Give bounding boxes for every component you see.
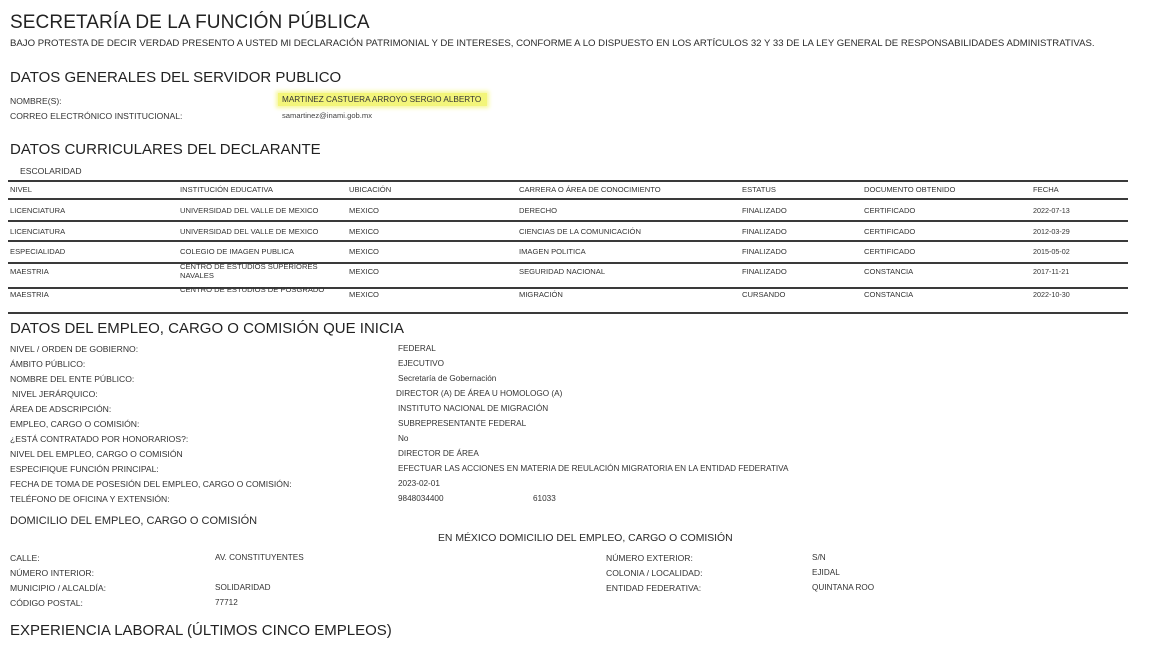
section-heading-datos-generales: DATOS GENERALES DEL SERVIDOR PUBLICO [10,69,341,86]
subheading-escolaridad: ESCOLARIDAD [20,166,82,176]
section-heading-empleo: DATOS DEL EMPLEO, CARGO O COMISIÓN QUE I… [10,320,404,337]
declaration-intro: BAJO PROTESTA DE DECIR VERDAD PRESENTO A… [10,38,1130,50]
domicilio-field-label: NÚMERO INTERIOR: [10,568,94,578]
empleo-field-label: NIVEL / ORDEN DE GOBIERNO: [10,344,138,354]
table-cell: LICENCIATURA [10,206,65,215]
table-cell: 2015-05-02 [1033,247,1070,256]
table-cell: MEXICO [349,247,379,256]
table-cell: CERTIFICADO [864,227,915,236]
column-header: UBICACIÓN [349,185,391,194]
table-cell: FINALIZADO [742,267,787,276]
table-rule [8,312,1128,314]
document-title: SECRETARÍA DE LA FUNCIÓN PÚBLICA [10,12,370,34]
empleo-field-label: EMPLEO, CARGO O COMISIÓN: [10,419,139,429]
table-cell: CURSANDO [742,290,785,299]
empleo-field-label: FECHA DE TOMA DE POSESIÓN DEL EMPLEO, CA… [10,479,292,489]
empleo-field-value: EJECUTIVO [398,359,444,368]
empleo-field-value: Secretaría de Gobernación [398,374,496,383]
table-cell: CONSTANCIA [864,267,913,276]
table-cell: CERTIFICADO [864,247,915,256]
field-value-correo: samartinez@inami.gob.mx [282,111,372,120]
table-cell: SEGURIDAD NACIONAL [519,267,605,276]
table-cell: 2022-10-30 [1033,290,1070,299]
domicilio-field-value: EJIDAL [812,568,840,577]
domicilio-field-value: QUINTANA ROO [812,583,874,592]
field-label-nombre: NOMBRE(S): [10,96,62,106]
column-header: ESTATUS [742,185,776,194]
empleo-field-value: DIRECTOR (A) DE ÁREA U HOMOLOGO (A) [396,389,562,398]
field-value-nombre-highlighted: MARTINEZ CASTUERA ARROYO SERGIO ALBERTO [278,93,487,106]
domicilio-field-value: S/N [812,553,826,562]
column-header: FECHA [1033,185,1059,194]
section-heading-curriculares: DATOS CURRICULARES DEL DECLARANTE [10,141,321,158]
table-cell: MEXICO [349,290,379,299]
table-cell: MEXICO [349,267,379,276]
empleo-field-value: DIRECTOR DE ÁREA [398,449,479,458]
table-cell: MEXICO [349,206,379,215]
table-cell: FINALIZADO [742,206,787,215]
field-label-correo: CORREO ELECTRÓNICO INSTITUCIONAL: [10,111,182,121]
empleo-field-value: EFECTUAR LAS ACCIONES EN MATERIA DE REUL… [398,464,789,473]
table-cell: FINALIZADO [742,227,787,236]
table-cell: DERECHO [519,206,557,215]
table-rule [8,262,1128,264]
table-cell: MEXICO [349,227,379,236]
empleo-field-label: NIVEL DEL EMPLEO, CARGO O COMISIÓN [10,449,183,459]
empleo-field-value: No [398,434,408,443]
table-rule [8,180,1128,182]
table-rule [8,240,1128,242]
table-cell: CERTIFICADO [864,206,915,215]
empleo-field-label: NIVEL JERÁRQUICO: [12,389,98,399]
table-cell: CONSTANCIA [864,290,913,299]
table-cell: COLEGIO DE IMAGEN PUBLICA [180,247,294,256]
table-cell: CIENCIAS DE LA COMUNICACIÓN [519,227,641,236]
table-rule [8,287,1128,289]
table-cell: ESPECIALIDAD [10,247,65,256]
empleo-field-value: SUBREPRESENTANTE FEDERAL [398,419,526,428]
column-header: INSTITUCIÓN EDUCATIVA [180,185,273,194]
empleo-field-value: INSTITUTO NACIONAL DE MIGRACIÓN [398,404,548,413]
empleo-field-value: 2023-02-01 [398,479,440,488]
domicilio-field-label: ENTIDAD FEDERATIVA: [606,583,701,593]
empleo-field-value: FEDERAL [398,344,436,353]
domicilio-field-value: 77712 [215,598,238,607]
table-cell: MIGRACIÓN [519,290,563,299]
table-cell: MAESTRIA [10,267,49,276]
table-cell: 2017-11-21 [1033,267,1069,276]
table-cell: CENTRO DE ESTUDIOS DE POSGRADO [180,285,345,294]
table-cell: 2022-07-13 [1033,206,1070,215]
empleo-field-value: 9848034400 [398,494,444,503]
domicilio-field-label: CALLE: [10,553,40,563]
table-rule [8,220,1128,222]
empleo-field-label: ESPECIFIQUE FUNCIÓN PRINCIPAL: [10,464,159,474]
section-heading-domicilio: DOMICILIO DEL EMPLEO, CARGO O COMISIÓN [10,515,257,527]
domicilio-field-value: AV. CONSTITUYENTES [215,553,304,562]
empleo-field-label: ÁREA DE ADSCRIPCIÓN: [10,404,111,414]
table-cell: LICENCIATURA [10,227,65,236]
empleo-field-label: NOMBRE DEL ENTE PÚBLICO: [10,374,134,384]
domicilio-field-label: NÚMERO EXTERIOR: [606,553,693,563]
table-cell: UNIVERSIDAD DEL VALLE DE MEXICO [180,227,318,236]
empleo-field-label: ÁMBITO PÚBLICO: [10,359,85,369]
domicilio-field-label: CÓDIGO POSTAL: [10,598,83,608]
domicilio-field-label: COLONIA / LOCALIDAD: [606,568,702,578]
table-rule [8,198,1128,200]
empleo-field-extension: 61033 [533,494,556,503]
domicilio-field-value: SOLIDARIDAD [215,583,271,592]
column-header: NIVEL [10,185,32,194]
domicilio-field-label: MUNICIPIO / ALCALDÍA: [10,583,106,593]
table-cell: MAESTRIA [10,290,49,299]
empleo-field-label: ¿ESTÁ CONTRATADO POR HONORARIOS?: [10,434,188,444]
section-heading-experiencia: EXPERIENCIA LABORAL (ÚLTIMOS CINCO EMPLE… [10,622,392,639]
table-cell: 2012-03-29 [1033,227,1070,236]
empleo-field-label: TELÉFONO DE OFICINA Y EXTENSIÓN: [10,494,170,504]
subheading-domicilio-mexico: EN MÉXICO DOMICILIO DEL EMPLEO, CARGO O … [438,533,733,544]
table-cell: IMAGEN POLITICA [519,247,586,256]
column-header: DOCUMENTO OBTENIDO [864,185,955,194]
table-cell: FINALIZADO [742,247,787,256]
table-cell: CENTRO DE ESTUDIOS SUPERIORES NAVALES [180,262,345,280]
column-header: CARRERA O ÁREA DE CONOCIMIENTO [519,185,661,194]
table-cell: UNIVERSIDAD DEL VALLE DE MEXICO [180,206,318,215]
